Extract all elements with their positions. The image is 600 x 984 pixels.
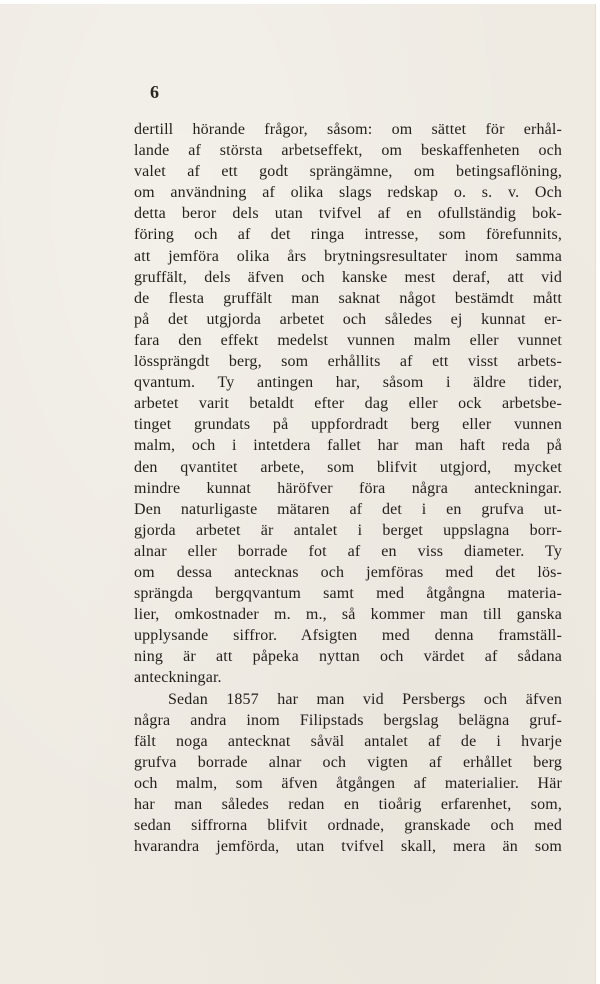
body-text: dertill hörande frågor, såsom: om sättet… [134,119,562,857]
paragraph-2: Sedan 1857 har man vid Persbergs och äfv… [134,689,562,858]
text-line: Den naturligaste mätaren af det i en gru… [134,499,562,520]
text-line: valet af ett godt sprängämne, om betings… [134,161,562,182]
text-line: hvarandra jemförda, utan tvifvel skall, … [134,836,562,857]
book-page: 6 dertill hörande frågor, såsom: om sätt… [0,4,596,984]
text-line: grufva borrade alnar och vigten af erhål… [134,752,562,773]
text-line: fara den effekt medelst vunnen malm elle… [134,330,562,351]
text-line: lössprängdt berg, som erhållits af ett v… [134,351,562,372]
text-line: lier, omkostnader m. m., så kommer man t… [134,604,562,625]
text-line: anteckningar. [134,667,562,688]
page-number: 6 [150,82,159,103]
text-line: på det utgjorda arbetet och således ej k… [134,309,562,330]
text-line: qvantum. Ty antingen har, såsom i äldre … [134,372,562,393]
text-line: dertill hörande frågor, såsom: om sättet… [134,119,562,140]
text-line: ning är att påpeka nyttan och värdet af … [134,646,562,667]
text-line: fält noga antecknat såväl antalet af de … [134,731,562,752]
text-line: Sedan 1857 har man vid Persbergs och äfv… [134,689,562,710]
text-line: arbetet varit betaldt efter dag eller oc… [134,393,562,414]
text-line: gruffält, dels äfven och kanske mest der… [134,267,562,288]
text-line: om dessa antecknas och jemföras med det … [134,562,562,583]
text-line: att jemföra olika års brytningsresultate… [134,246,562,267]
text-line: sprängda bergqvantum samt med åtgångna m… [134,583,562,604]
text-line: de flesta gruffält man saknat något best… [134,288,562,309]
text-line: detta beror dels utan tvifvel af en oful… [134,203,562,224]
text-line: upplysande siffror. Afsigten med denna f… [134,625,562,646]
paragraph-1: dertill hörande frågor, såsom: om sättet… [134,119,562,689]
text-line: har man således redan en tioårig erfaren… [134,794,562,815]
text-line: tinget grundats på uppfordradt berg elle… [134,414,562,435]
text-line: lande af största arbetseffekt, om beskaf… [134,140,562,161]
text-line: några andra inom Filipstads bergslag bel… [134,710,562,731]
text-line: föring och af det ringa intresse, som fö… [134,224,562,245]
text-line: malm, och i intetdera fallet har man haf… [134,435,562,456]
text-line: den qvantitet arbete, som blifvit utgjor… [134,457,562,478]
text-line: gjorda arbetet är antalet i berget uppsl… [134,520,562,541]
text-line: om användning af olika slags redskap o. … [134,182,562,203]
text-line: sedan siffrorna blifvit ordnade, granska… [134,815,562,836]
text-line: och malm, som äfven åtgången af material… [134,773,562,794]
text-line: alnar eller borrade fot af en viss diame… [134,541,562,562]
text-line: mindre kunnat häröfver föra några anteck… [134,478,562,499]
